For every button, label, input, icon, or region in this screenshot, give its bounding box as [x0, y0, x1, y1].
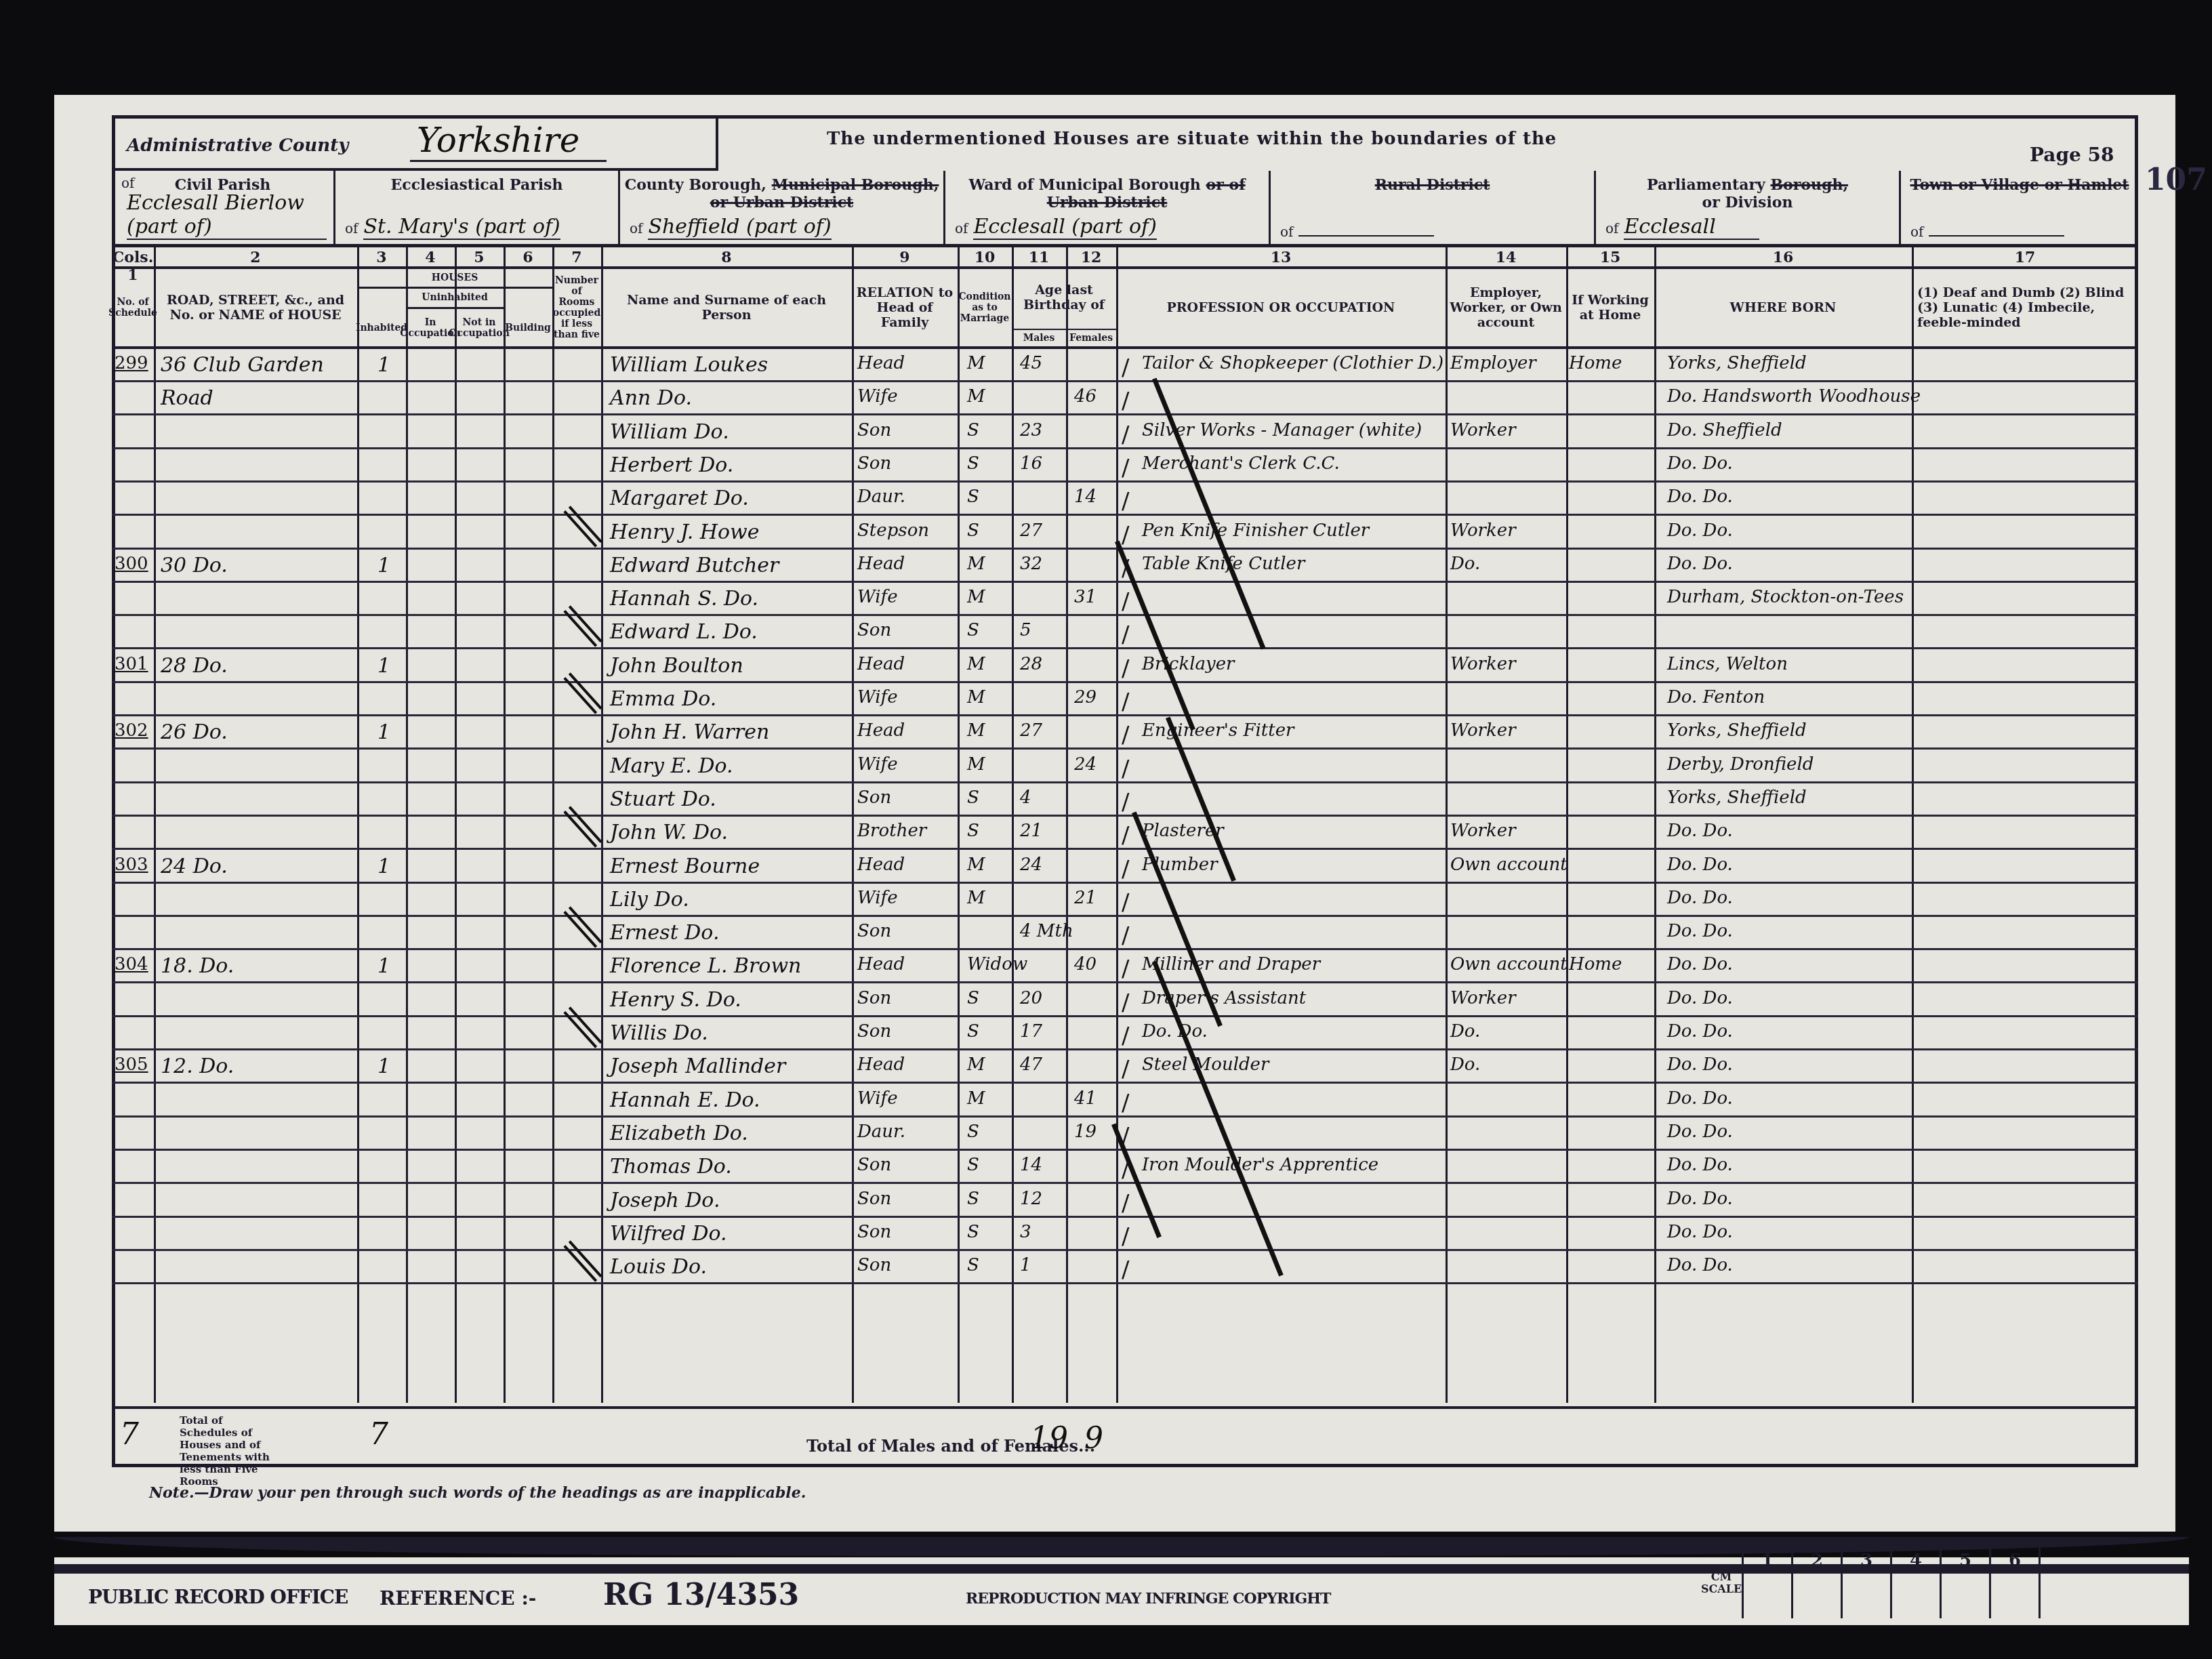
cell-age-f: 31	[1074, 587, 1097, 607]
cell-age-m: 27	[1020, 520, 1042, 541]
table-row: 30512. Do.1Joseph MallinderHeadM47Steel …	[112, 1050, 2138, 1084]
table-row: Margaret Do.Daur.S14Do. Do./	[112, 483, 2138, 516]
admin-value: Sheffield (part of)	[648, 215, 831, 240]
table-row: Stuart Do.SonS4Yorks, Sheffield/	[112, 783, 2138, 817]
cell-condition: S	[967, 487, 979, 507]
admin-cell-value-line: ofSheffield (part of)	[630, 215, 937, 240]
table-row: Hannah E. Do.WifeM41Do. Do./	[112, 1084, 2138, 1118]
cell-relation: Son	[857, 620, 891, 640]
admin-value: Ecclesall (part of)	[973, 215, 1156, 240]
cell-relation: Head	[857, 353, 905, 373]
cell-born: Do. Handsworth Woodhouse	[1667, 386, 1921, 407]
header-age: Age last Birthday of	[1012, 269, 1116, 326]
cell-age-f: 41	[1074, 1088, 1097, 1109]
scale-label: CM SCALE	[1701, 1544, 1742, 1618]
cell-relation: Son	[857, 453, 891, 474]
column-number: 13	[1116, 249, 1446, 266]
admin-value-prefix: of	[630, 220, 642, 237]
column-number: 2	[154, 249, 357, 266]
header-relation: RELATION to Head of Family	[852, 269, 958, 346]
cell-condition: S	[967, 453, 979, 474]
table-row: 30418. Do.1Florence L. BrownHeadWidow40M…	[112, 950, 2138, 983]
cell-relation: Son	[857, 921, 891, 941]
table-row: Mary E. Do.WifeM24Derby, Dronfield/	[112, 750, 2138, 783]
cell-born: Derby, Dronfield	[1667, 754, 1814, 775]
cell-name: Louis Do.	[610, 1255, 707, 1279]
admin-value	[1929, 235, 2064, 237]
cell-age-m: 4 Mth	[1020, 921, 1073, 941]
cell-condition: S	[967, 1255, 979, 1275]
admin-title-text: County Borough,	[625, 176, 766, 194]
admin-title-struck: Rural District	[1375, 176, 1490, 194]
cell-born: Do. Do.	[1667, 453, 1733, 474]
table-row: RoadAnn Do.WifeM46Do. Handsworth Woodhou…	[112, 382, 2138, 415]
cell-occupation: Steel Moulder	[1142, 1054, 1269, 1075]
instruction-note: Note.—Draw your pen through such words o…	[149, 1484, 806, 1502]
cell-age-f: 19	[1074, 1122, 1097, 1142]
column-number: 11	[1012, 249, 1066, 266]
tick-mark-icon: /	[1122, 655, 1129, 682]
admin-cell-4: Ward of Municipal Borough or of Urban Di…	[945, 171, 1271, 245]
admin-value: Ecclesall	[1624, 215, 1759, 240]
cell-name: Henry J. Howe	[610, 520, 760, 544]
tick-mark-icon: /	[1122, 989, 1129, 1017]
cell-relation: Wife	[857, 888, 898, 908]
cell-condition: S	[967, 787, 979, 808]
cell-inhabited: 1	[377, 855, 390, 878]
cell-born: Yorks, Sheffield	[1667, 720, 1807, 741]
cell-name: Stuart Do.	[610, 787, 716, 811]
table-row: Joseph Do.SonS12Do. Do./	[112, 1185, 2138, 1218]
cell-relation: Son	[857, 1255, 891, 1275]
admin-cell-2: Ecclesiastical Parish ofSt. Mary's (part…	[335, 171, 620, 245]
cell-age-m: 45	[1020, 353, 1042, 373]
cell-relation: Wife	[857, 587, 898, 607]
cell-age-m: 21	[1020, 821, 1042, 841]
total-inhabited-value: 7	[369, 1417, 388, 1452]
cell-condition: M	[967, 720, 985, 741]
cell-born: Do. Do.	[1667, 821, 1733, 841]
cell-relation: Wife	[857, 386, 898, 407]
cell-born: Do. Do.	[1667, 554, 1733, 574]
total-females-value: 9	[1084, 1421, 1103, 1456]
cell-name: Ernest Do.	[610, 921, 719, 945]
total-schedules-value: 7	[120, 1417, 139, 1452]
cell-relation: Wife	[857, 754, 898, 775]
cell-condition: S	[967, 520, 979, 541]
cell-relation: Head	[857, 855, 905, 875]
tick-mark-icon: /	[1122, 1056, 1129, 1083]
total-males-value: 19	[1030, 1421, 1068, 1456]
cell-road: 28 Do.	[161, 654, 228, 678]
column-number: 15	[1566, 249, 1654, 266]
table-row: Henry S. Do.SonS20Draper's AssistantWork…	[112, 984, 2138, 1017]
tick-mark-icon: /	[1122, 722, 1129, 749]
cell-condition: S	[967, 1122, 979, 1142]
cell-name: William Loukes	[610, 353, 768, 377]
admin-cell-3: County Borough, Municipal Borough, or Ur…	[620, 171, 945, 245]
cell-occupation: Tailor & Shopkeeper (Clothier D.)	[1142, 353, 1443, 373]
header-condition: Condition as to Marriage	[958, 269, 1012, 346]
column-number: 4	[406, 249, 455, 266]
cell-home: Home	[1569, 954, 1622, 975]
admin-cell-title: Town or Village or Hamlet	[1901, 176, 2138, 194]
cell-employer: Worker	[1450, 520, 1516, 541]
cell-inhabited: 1	[377, 954, 390, 978]
cell-age-m: 3	[1020, 1222, 1031, 1242]
cell-name: Edward L. Do.	[610, 620, 758, 644]
cell-age-m: 23	[1020, 420, 1042, 441]
admin-divisions-row: Civil Parish ofEcclesall Bierlow (part o…	[112, 171, 2138, 247]
admin-cell-title: Parliamentary Borough,or Division	[1596, 176, 1899, 211]
cell-relation: Stepson	[857, 520, 929, 541]
cell-born: Yorks, Sheffield	[1667, 787, 1807, 808]
cell-employer: Own account	[1450, 954, 1568, 975]
scale-mark: 2	[1791, 1544, 1841, 1618]
header-road: ROAD, STREET, &c., and No. or NAME of HO…	[154, 269, 357, 346]
admin-cell-title: County Borough, Municipal Borough, or Ur…	[620, 176, 943, 211]
cell-road: 36 Club Garden	[161, 353, 324, 377]
header-males: Males	[1012, 329, 1066, 346]
cell-born: Do. Fenton	[1667, 687, 1765, 708]
tick-mark-icon: /	[1122, 822, 1129, 849]
cell-age-m: 1	[1020, 1255, 1031, 1275]
cell-age-f: 21	[1074, 888, 1097, 908]
cell-age-f: 24	[1074, 754, 1097, 775]
cell-born: Yorks, Sheffield	[1667, 353, 1807, 373]
cell-age-m: 27	[1020, 720, 1042, 741]
tick-mark-icon: /	[1122, 1190, 1129, 1217]
cell-born: Do. Do.	[1667, 1155, 1733, 1175]
table-row: 29936 Club Garden1William LoukesHeadM45T…	[112, 349, 2138, 382]
cell-age-m: 24	[1020, 855, 1042, 875]
cell-employer: Employer	[1450, 353, 1536, 373]
cell-condition: M	[967, 554, 985, 574]
cell-name: Thomas Do.	[610, 1155, 732, 1179]
admin-cell-value-line: of	[1280, 224, 1587, 240]
table-row: 30324 Do.1Ernest BourneHeadM24PlumberOwn…	[112, 851, 2138, 884]
cell-occupation: Milliner and Draper	[1142, 954, 1320, 975]
cell-relation: Wife	[857, 1088, 898, 1109]
cell-road: 12. Do.	[161, 1054, 234, 1078]
admin-title-line2: or Division	[1702, 194, 1793, 211]
tick-mark-icon: /	[1122, 522, 1129, 549]
cell-occupation: Iron Moulder's Apprentice	[1142, 1155, 1378, 1175]
cell-name: Margaret Do.	[610, 487, 749, 510]
cell-name: Henry S. Do.	[610, 988, 741, 1012]
cell-name: Lily Do.	[610, 888, 689, 912]
cell-road: Road	[161, 386, 213, 410]
admin-value: Ecclesall Bierlow (part of)	[127, 191, 327, 240]
cell-born: Do. Do.	[1667, 921, 1733, 941]
cell-employer: Worker	[1450, 720, 1516, 741]
cell-relation: Son	[857, 1021, 891, 1042]
header-schedule: No. of Schedule	[112, 269, 154, 346]
table-row: Herbert Do.SonS16Merchant's Clerk C.C.Do…	[112, 449, 2138, 483]
cell-name: Elizabeth Do.	[610, 1122, 748, 1145]
cell-inhabited: 1	[377, 1054, 390, 1078]
admin-cell-7: Town or Village or Hamletof	[1901, 171, 2138, 245]
tick-mark-icon: /	[1122, 689, 1129, 716]
totals-row: 7 Total of Schedules of Houses and of Te…	[112, 1406, 2138, 1471]
cell-name: Emma Do.	[610, 687, 716, 711]
cell-age-m: 17	[1020, 1021, 1042, 1042]
admin-cell-value-line: of	[1910, 224, 2131, 240]
cell-schedule: 302	[115, 720, 148, 741]
cell-employer: Worker	[1450, 654, 1516, 674]
cell-born: Do. Sheffield	[1667, 420, 1782, 441]
header-inhabited: Inhabited	[357, 310, 406, 346]
cell-name: John W. Do.	[610, 821, 728, 844]
table-row: Hannah S. Do.WifeM31Durham, Stockton-on-…	[112, 583, 2138, 616]
header-building: Building	[504, 310, 552, 346]
cell-condition: S	[967, 1222, 979, 1242]
cell-name: Mary E. Do.	[610, 754, 733, 778]
tick-mark-icon: /	[1122, 621, 1129, 649]
admin-cell-value-line: ofEcclesall (part of)	[955, 215, 1262, 240]
cell-employer: Worker	[1450, 821, 1516, 841]
admin-value-prefix: of	[955, 220, 968, 237]
cell-name: Joseph Do.	[610, 1189, 720, 1212]
cell-name: Hannah S. Do.	[610, 587, 758, 611]
header-born: WHERE BORN	[1654, 269, 1912, 346]
cell-born: Lincs, Welton	[1667, 654, 1788, 674]
cell-road: 30 Do.	[161, 554, 228, 577]
cell-inhabited: 1	[377, 353, 390, 377]
table-row: William Do.SonS23Silver Works - Manager …	[112, 416, 2138, 449]
table-row: Willis Do.SonS17Do. Do.Do.Do. Do./	[112, 1017, 2138, 1050]
cell-age-f: 40	[1074, 954, 1097, 975]
folio-number: 107	[2145, 163, 2207, 197]
tick-mark-icon: /	[1122, 1023, 1129, 1050]
cell-age-m: 5	[1020, 620, 1031, 640]
cell-born: Do. Do.	[1667, 1189, 1733, 1209]
admin-cell-title: Ward of Municipal Borough or of Urban Di…	[945, 176, 1269, 211]
cell-relation: Brother	[857, 821, 926, 841]
table-row: 30128 Do.1John BoultonHeadM28BricklayerW…	[112, 650, 2138, 683]
column-number: 5	[455, 249, 504, 266]
tick-mark-icon: /	[1122, 1223, 1129, 1250]
tick-mark-icon: /	[1122, 588, 1129, 615]
cell-age-m: 16	[1020, 453, 1042, 474]
column-number: 8	[601, 249, 852, 266]
admin-title-text: Ecclesiastical Parish	[390, 176, 562, 194]
cell-employer: Do.	[1450, 1054, 1480, 1075]
column-number: 6	[504, 249, 552, 266]
cell-name: Edward Butcher	[610, 554, 779, 577]
admin-title-text: Parliamentary	[1647, 176, 1765, 194]
cell-name: Joseph Mallinder	[610, 1054, 785, 1078]
cell-inhabited: 1	[377, 654, 390, 678]
cell-age-m: 28	[1020, 654, 1042, 674]
table-row: 30226 Do.1John H. WarrenHeadM27Engineer'…	[112, 716, 2138, 750]
cell-employer: Worker	[1450, 420, 1516, 441]
cell-condition: M	[967, 353, 985, 373]
cell-schedule: 304	[115, 954, 148, 975]
cell-condition: S	[967, 1189, 979, 1209]
admin-cell-1: Civil Parish ofEcclesall Bierlow (part o…	[112, 171, 335, 245]
cell-relation: Son	[857, 787, 891, 808]
cell-schedule: 305	[115, 1054, 148, 1075]
tick-mark-icon: /	[1122, 756, 1129, 783]
cell-age-m: 12	[1020, 1189, 1042, 1209]
cell-condition: S	[967, 1155, 979, 1175]
cell-occupation: Merchant's Clerk C.C.	[1142, 453, 1340, 474]
scale-mark: 6	[1989, 1544, 2039, 1618]
cell-schedule: 301	[115, 654, 148, 674]
cell-age-m: 47	[1020, 1054, 1042, 1075]
admin-cell-6: Parliamentary Borough,or DivisionofEccle…	[1596, 171, 1901, 245]
header-notocc: Not in Occupation	[455, 310, 504, 346]
table-row: Ernest Do.Son4 MthDo. Do./	[112, 917, 2138, 950]
cell-condition: M	[967, 1054, 985, 1075]
tick-mark-icon: /	[1122, 889, 1129, 916]
cell-condition: M	[967, 888, 985, 908]
admin-cell-title: Rural District	[1271, 176, 1594, 194]
cell-age-f: 46	[1074, 386, 1097, 407]
column-number: 10	[958, 249, 1012, 266]
admin-value	[1298, 235, 1434, 237]
cell-name: John H. Warren	[610, 720, 769, 744]
cell-age-f: 14	[1074, 487, 1097, 507]
cell-name: Ernest Bourne	[610, 855, 760, 878]
cell-age-m: 14	[1020, 1155, 1042, 1175]
tick-mark-icon: /	[1122, 856, 1129, 883]
cell-home: Home	[1569, 353, 1622, 373]
cell-born: Do. Do.	[1667, 954, 1733, 975]
cell-relation: Son	[857, 1189, 891, 1209]
table-row: Wilfred Do.SonS3Do. Do./	[112, 1218, 2138, 1251]
scale-end	[2039, 1544, 2095, 1618]
tick-mark-icon: /	[1122, 455, 1129, 482]
column-number: 9	[852, 249, 958, 266]
cell-born: Do. Do.	[1667, 1122, 1733, 1142]
cell-relation: Daur.	[857, 487, 905, 507]
cell-schedule: 300	[115, 554, 148, 574]
column-number: 12	[1066, 249, 1116, 266]
admin-value-prefix: of	[345, 220, 358, 237]
cell-condition: M	[967, 386, 985, 407]
header-infirm: (1) Deaf and Dumb (2) Blind (3) Lunatic …	[1912, 269, 2144, 346]
admin-title-struck: Town or Village or Hamlet	[1910, 176, 2129, 194]
cell-occupation: Silver Works - Manager (white)	[1142, 420, 1422, 441]
admin-cell-value-line: ofEcclesall	[1605, 215, 1892, 240]
admin-value: St. Mary's (part of)	[363, 215, 560, 240]
header-home: If Working at Home	[1566, 269, 1654, 346]
cell-relation: Head	[857, 654, 905, 674]
column-headers-row: No. of ScheduleROAD, STREET, &c., and No…	[112, 269, 2138, 349]
header-employer: Employer, Worker, or Own account	[1446, 269, 1566, 346]
tick-mark-icon: /	[1122, 354, 1129, 382]
cell-relation: Head	[857, 554, 905, 574]
cell-age-m: 20	[1020, 988, 1042, 1008]
cell-born: Do. Do.	[1667, 487, 1733, 507]
admin-value-prefix: of	[121, 175, 134, 191]
column-number: 16	[1654, 249, 1912, 266]
cell-relation: Son	[857, 1222, 891, 1242]
cm-scale: CM SCALE 123456	[1701, 1544, 2095, 1618]
cell-born: Do. Do.	[1667, 888, 1733, 908]
cell-name: Willis Do.	[610, 1021, 708, 1045]
cell-condition: S	[967, 821, 979, 841]
cell-age-m: 4	[1020, 787, 1031, 808]
admin-title-text: Ward of Municipal Borough	[968, 176, 1201, 194]
table-row: Edward L. Do.SonS5/	[112, 616, 2138, 649]
header-rooms: Number of Rooms occupied if less than fi…	[552, 269, 601, 346]
cell-employer: Worker	[1450, 988, 1516, 1008]
cell-name: William Do.	[610, 420, 729, 444]
cell-born: Do. Do.	[1667, 520, 1733, 541]
tick-mark-icon: /	[1122, 922, 1129, 949]
tick-mark-icon: /	[1122, 422, 1129, 449]
column-number: 17	[1912, 249, 2138, 266]
cell-age-m: 32	[1020, 554, 1042, 574]
header-females: Females	[1066, 329, 1116, 346]
cell-relation: Head	[857, 954, 905, 975]
cell-relation: Son	[857, 420, 891, 441]
cell-condition: M	[967, 754, 985, 775]
cell-relation: Son	[857, 988, 891, 1008]
header-inocc: In Occupation	[406, 310, 455, 346]
cell-occupation: Pen Knife Finisher Cutler	[1142, 520, 1369, 541]
cell-condition: M	[967, 587, 985, 607]
reference-value: RG 13/4353	[603, 1578, 799, 1612]
cell-born: Do. Do.	[1667, 1088, 1733, 1109]
cell-road: 26 Do.	[161, 720, 228, 744]
cell-condition: M	[967, 1088, 985, 1109]
cell-occupation: Do. Do.	[1142, 1021, 1208, 1042]
column-number: 3	[357, 249, 406, 266]
cell-name: Wilfred Do.	[610, 1222, 727, 1246]
admin-cell-value-line: ofSt. Mary's (part of)	[345, 215, 611, 240]
cell-condition: S	[967, 1021, 979, 1042]
admin-cell-5: Rural Districtof	[1271, 171, 1596, 245]
cell-relation: Daur.	[857, 1122, 905, 1142]
tick-mark-icon: /	[1122, 789, 1129, 816]
header-name: Name and Surname of each Person	[601, 269, 852, 346]
table-row: Emma Do.WifeM29Do. Fenton/	[112, 683, 2138, 716]
cell-name: Hannah E. Do.	[610, 1088, 760, 1112]
scale-mark: 3	[1841, 1544, 1890, 1618]
cell-schedule: 303	[115, 855, 148, 875]
column-number: 7	[552, 249, 601, 266]
cell-condition: M	[967, 855, 985, 875]
cell-born: Do. Do.	[1667, 855, 1733, 875]
column-number: 14	[1446, 249, 1566, 266]
header-occupation: PROFESSION OR OCCUPATION	[1116, 269, 1446, 346]
cell-condition: S	[967, 620, 979, 640]
tick-mark-icon: /	[1122, 1090, 1129, 1117]
cell-born: Do. Do.	[1667, 1021, 1733, 1042]
scale-mark: 4	[1890, 1544, 1940, 1618]
cell-road: 24 Do.	[161, 855, 228, 878]
cell-inhabited: 1	[377, 554, 390, 577]
cell-name: Florence L. Brown	[610, 954, 801, 978]
admin-cell-title: Ecclesiastical Parish	[335, 176, 618, 194]
cell-occupation: Engineer's Fitter	[1142, 720, 1294, 741]
column-numbers-row: Cols. 1234567891011121314151617	[112, 247, 2138, 269]
record-office-footer: PUBLIC RECORD OFFICE REFERENCE :- RG 13/…	[54, 1557, 2189, 1625]
cell-relation: Wife	[857, 687, 898, 708]
total-schedules-label: Total of Schedules of Houses and of Tene…	[180, 1414, 281, 1488]
cell-relation: Son	[857, 1155, 891, 1175]
cell-born: Do. Do.	[1667, 1255, 1733, 1275]
admin-cell-value-line: ofEcclesall Bierlow (part of)	[121, 175, 327, 240]
cell-condition: S	[967, 988, 979, 1008]
cell-employer: Do.	[1450, 554, 1480, 574]
cell-age-f: 29	[1074, 687, 1097, 708]
cell-condition: M	[967, 654, 985, 674]
